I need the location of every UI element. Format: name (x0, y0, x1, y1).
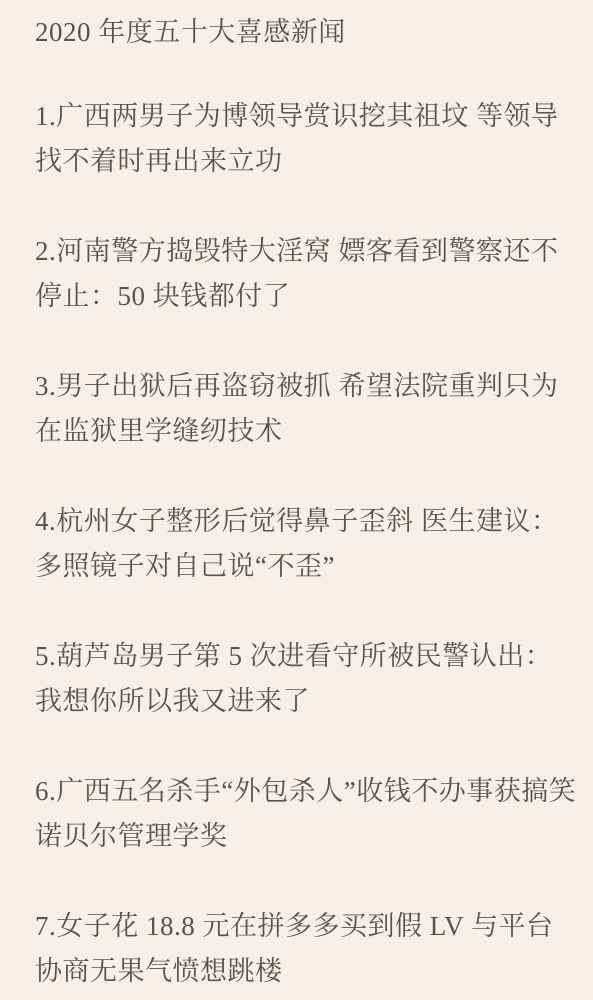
news-item-5: 5.葫芦岛男子第 5 次进看守所被民警认出：我想你所以我又进来了 (35, 634, 579, 724)
news-item-3: 3.男子出狱后再盗窃被抓 希望法院重判只为在监狱里学缝纫技术 (35, 364, 579, 454)
page-title: 2020 年度五十大喜感新闻 (35, 10, 579, 55)
news-list-page: 2020 年度五十大喜感新闻 1.广西两男子为博领导赏识挖其祖坟 等领导找不着时… (0, 0, 593, 1000)
news-item-6: 6.广西五名杀手“外包杀人”收钱不办事获搞笑诺贝尔管理学奖 (35, 769, 579, 859)
news-item-1: 1.广西两男子为博领导赏识挖其祖坟 等领导找不着时再出来立功 (35, 94, 579, 184)
news-item-7: 7.女子花 18.8 元在拼多多买到假 LV 与平台协商无果气愤想跳楼 (35, 904, 579, 994)
news-item-2: 2.河南警方捣毁特大淫窝 嫖客看到警察还不停止：50 块钱都付了 (35, 229, 579, 319)
news-list: 1.广西两男子为博领导赏识挖其祖坟 等领导找不着时再出来立功 2.河南警方捣毁特… (35, 94, 579, 994)
news-item-4: 4.杭州女子整形后觉得鼻子歪斜 医生建议：多照镜子对自己说“不歪” (35, 499, 579, 589)
